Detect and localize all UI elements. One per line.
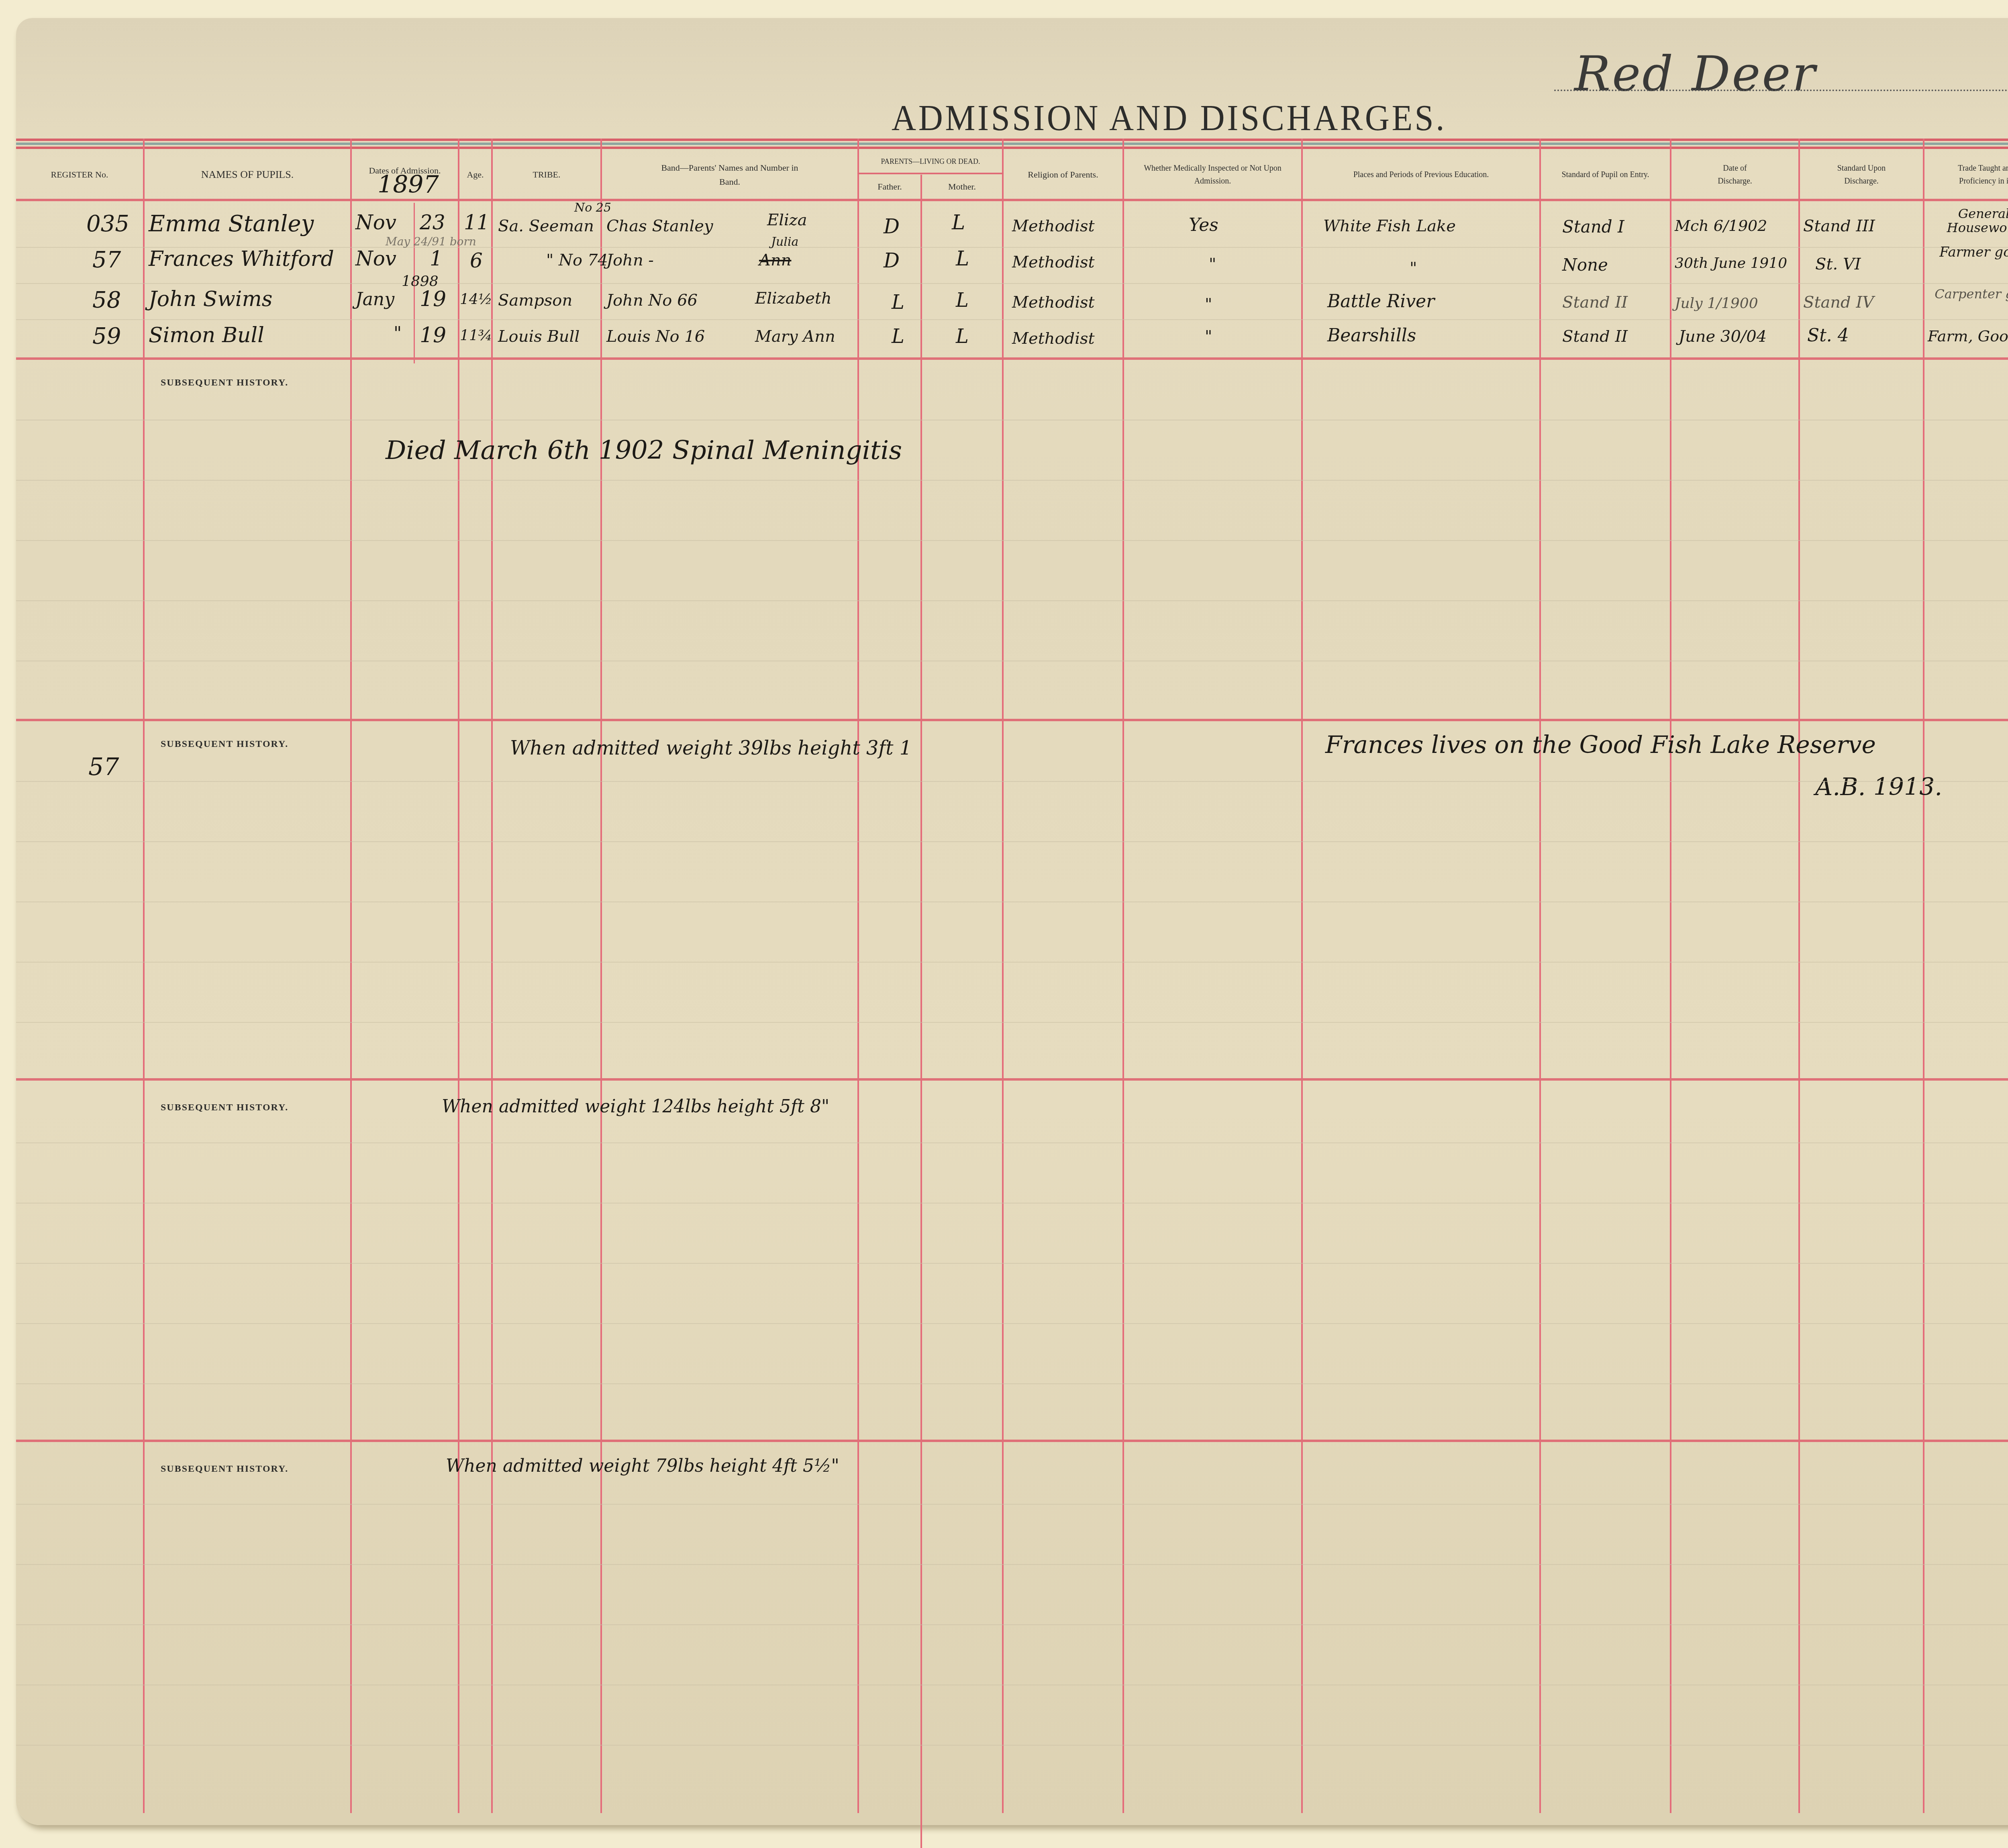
mother-name: Elizabeth [755,289,832,308]
header-rule-red-bottom [16,147,2008,149]
header-names: NAMES OF PUPILS. [145,151,350,199]
col-divider [350,139,352,1813]
trade: Farmer good [1928,245,2008,260]
col-divider [1301,139,1303,1813]
page-title: ADMISSION AND DISCHARGES. [892,96,1447,139]
section-rule [16,1078,2008,1081]
col-divider [857,139,859,1813]
pupil-name: Frances Whitford [149,247,334,271]
age: 11¾ [460,327,492,344]
parents-subheader-rule [857,173,1004,174]
header-standard-entry: Standard of Pupil on Entry. [1541,151,1670,199]
register-no: 59 [92,323,121,349]
section-rule [16,1440,2008,1442]
standard-discharge: Stand IV [1803,293,1874,312]
date-discharge: Mch 6/1902 [1675,217,1767,235]
previous-education: Bearshills [1327,325,1416,346]
mother-status: L [952,211,965,234]
subsequent-history-label: SUBSEQUENT HISTORY. [161,377,288,388]
admission-year-note: 1897 [378,171,439,199]
subsequent-history-text: Died March 6th 1902 Spinal Meningitis [386,436,902,465]
father-status: D [884,249,900,272]
header-rule-red-top [16,139,2008,141]
standard-entry: Stand I [1562,217,1624,237]
tribe: Louis Bull [498,327,580,346]
pupil-name: John Swims [149,287,272,311]
admission-month: Nov [355,247,396,270]
subsequent-history-label: SUBSEQUENT HISTORY. [161,1464,288,1475]
admission-day: 23 [420,211,445,234]
medically-inspected: Yes [1189,215,1218,235]
tribe: " No 74 [546,251,608,269]
religion: Methodist [1012,293,1095,312]
admission-month: Nov [355,211,396,234]
signature-initials: A.B. 1913. [1815,773,1942,801]
mother-name: Julia [771,235,798,249]
standard-discharge: St. VI [1815,255,1861,273]
mother-name: Mary Ann [755,327,835,346]
date-discharge: 30th June 1910 [1675,255,1787,271]
age: 14½ [460,291,492,308]
standard-entry: Stand II [1562,293,1628,312]
col-divider [1539,139,1541,1813]
admission-day: 19 [420,287,446,311]
date-discharge: July 1/1900 [1675,295,1758,312]
standard-entry: Stand II [1562,327,1628,346]
age: 6 [470,249,483,272]
header-tribe: TRIBE. [493,151,600,199]
col-divider [1798,139,1800,1813]
header-trade: Trade Taught and Proficiency in it. [1924,151,2008,199]
medically-inspected: " [1205,327,1212,346]
father-status: L [892,325,904,348]
admission-month: " [394,323,402,344]
father-name: Louis No 16 [606,327,705,346]
pupil-name: Simon Bull [149,323,264,347]
col-divider [1002,139,1004,1813]
previous-education: " [1410,259,1417,277]
medically-inspected: " [1205,295,1212,314]
tribe-band-number: No 25 [574,201,611,215]
trade: General Housework [1928,207,2008,235]
trade: Carpenter good [1928,287,2008,301]
header-age: Age. [459,151,491,199]
religion: Methodist [1012,253,1095,271]
medically-inspected: " [1209,255,1216,273]
register-no: 58 [92,287,121,313]
header-date-discharge: Date of Discharge. [1671,151,1798,199]
admission-month: Jany [355,289,394,310]
standard-discharge: Stand III [1803,217,1875,235]
header-standard-discharge: Standard Upon Discharge. [1800,151,1923,199]
col-divider [600,139,602,1813]
header-parents-group: PARENTS—LIVING OR DEAD. [859,151,1002,173]
mother-status: L [956,289,969,312]
ledger-page: Red Deer Industrial School. ADMISSION AN… [16,18,2008,1825]
tribe: Sa. Seeman [498,217,594,235]
register-no: 035 [86,211,129,237]
header-rule-blue [16,143,2008,145]
header-religion: Religion of Parents. [1004,151,1122,199]
data-bottom-rule [16,357,2008,360]
date-discharge: June 30/04 [1679,327,1767,346]
father-name: John No 66 [606,291,698,310]
religion: Methodist [1012,329,1095,348]
subsequent-history-note: Frances lives on the Good Fish Lake Rese… [1325,731,1876,759]
header-bottom-rule [16,199,2008,201]
register-no: 57 [92,247,121,273]
col-divider [1122,139,1124,1813]
mother-name: Eliza [767,211,807,229]
standard-entry: None [1562,255,1608,275]
subsequent-history-label: SUBSEQUENT HISTORY. [161,739,288,750]
tribe: Sampson [498,291,572,310]
header-father: Father. [859,175,920,199]
mother-name-struck: Ann [759,251,791,269]
admission-day: 19 [420,323,446,347]
standard-discharge: St. 4 [1807,325,1849,346]
header-previous-education: Places and Periods of Previous Education… [1303,151,1539,199]
father-name: John - [606,251,654,269]
school-name-underline [1554,90,2008,91]
mother-status: L [956,325,969,348]
subsequent-history-text: When admitted weight 124lbs height 5ft 8… [442,1096,829,1117]
previous-education: White Fish Lake [1323,217,1456,235]
subsequent-history-text: When admitted weight 79lbs height 4ft 5½… [446,1456,839,1476]
trade: Farm, Good. [1928,327,2008,345]
header-medical: Whether Medically Inspected or Not Upon … [1124,151,1301,199]
col-divider [491,139,493,1813]
col-divider [143,139,145,1813]
header-mother: Mother. [922,175,1002,199]
section-rule [16,719,2008,721]
admission-day: 1 [430,247,443,270]
father-name: Chas Stanley [606,217,713,235]
col-divider [1670,139,1671,1813]
school-name: Red Deer [1574,46,1817,102]
header-register-no: REGISTER No. [16,151,143,199]
subsequent-history-label: SUBSEQUENT HISTORY. [161,1102,288,1113]
age: 11 [464,211,490,234]
religion: Methodist [1012,217,1095,235]
previous-education: Battle River [1327,291,1435,312]
father-status: D [884,215,900,238]
margin-register-no: 57 [88,753,119,781]
col-divider [458,139,459,1813]
col-divider [920,175,922,1848]
pupil-name: Emma Stanley [149,211,314,237]
col-divider [1923,139,1924,1813]
mother-status: L [956,247,969,270]
header-band: Band—Parents' Names and Number in Band. [602,151,857,199]
birth-date-note: May 24/91 born [386,235,476,248]
subsequent-history-text: When admitted weight 39lbs height 3ft 1 [510,737,912,759]
father-status: L [892,291,904,314]
